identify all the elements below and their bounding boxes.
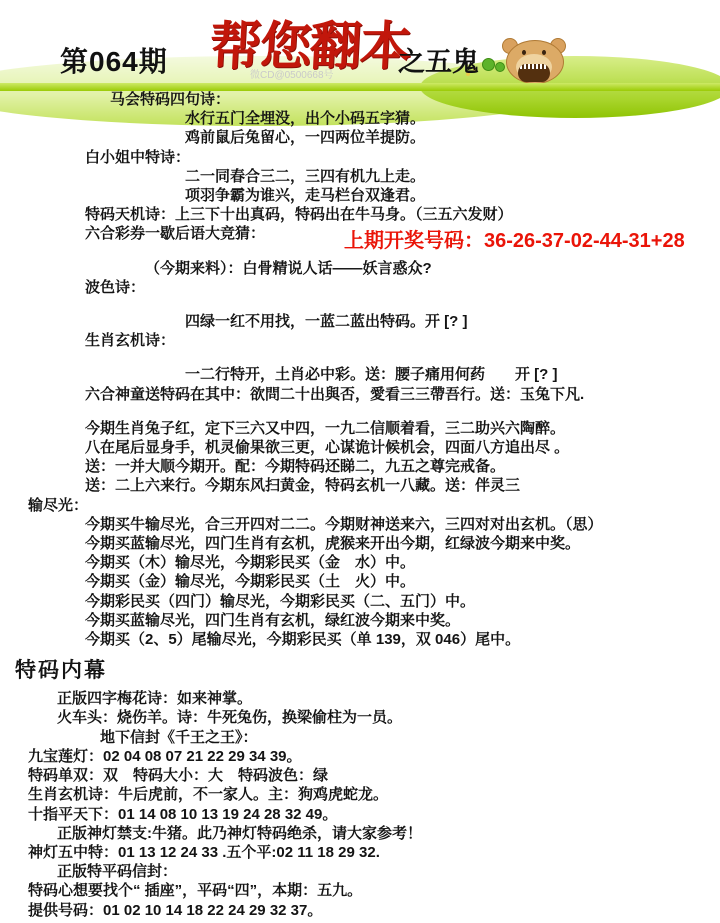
text-line: 生肖玄机诗：牛后虎前，不一家人。主：狗鸡虎蛇龙。: [15, 785, 715, 804]
text-line: 十指平天下：01 14 08 10 13 19 24 28 32 49。: [15, 805, 715, 824]
text-line: 送：一并大顺今期开。配：今期特码还睇二，九五之尊完戒备。: [15, 457, 715, 476]
page-subtitle: 之五鬼: [398, 40, 479, 79]
text-line: 马会特码四句诗：: [15, 90, 715, 109]
bear-eye: [542, 50, 546, 55]
text-line: 九宝莲灯：02 04 08 07 21 22 29 34 39。: [15, 747, 715, 766]
text-line: 正版神灯禁支:牛猪。此乃神灯特码绝杀，请大家参考！: [15, 824, 715, 843]
bear-eye: [522, 50, 526, 55]
text-line: 地下信封《千王之王》：: [15, 728, 715, 747]
blank-line: [15, 244, 715, 259]
text-line: 项羽争霸为谁兴，走马栏台双逢君。: [15, 186, 715, 205]
text-line: 今期买（木）输尽光，今期彩民买（金 水）中。: [15, 553, 715, 572]
text-line: 提供号码：01 02 10 14 18 22 24 29 32 37。: [15, 901, 715, 920]
text-line: 今期彩民买（四门）输尽光，今期彩民买（二、五门）中。: [15, 592, 715, 611]
bear-mouth: [518, 64, 550, 82]
blank-line: [15, 350, 715, 365]
text-line: 今期买（2、5）尾输尽光，今期彩民买（单 139，双 046）尾中。: [15, 630, 715, 649]
text-line: 水行五门全埋没，出个小码五字猜。: [15, 109, 715, 128]
blank-line: [15, 404, 715, 419]
text-line: 一二行特开，土肖必中彩。送：腰子痛用何药 开 [? ]: [15, 365, 715, 384]
bear-mascot-graphic: [500, 36, 570, 86]
text-line: 特码天机诗：上三下十出真码，特码出在牛马身。（三五六发财）: [15, 205, 715, 224]
text-line: 特码单双：双 特码大小：大 特码波色：绿: [15, 766, 715, 785]
tree-icon: [482, 58, 495, 71]
text-line: 今期生肖兔子红，定下三六又中四，一九二信顺着看，三二助兴六陶醉。: [15, 419, 715, 438]
watermark-text: 微CD@0500668号: [250, 66, 334, 81]
text-line: 送：二上六来行。今期东风扫黄金，特码玄机一八藏。送：伴灵三: [15, 476, 715, 495]
blank-line: [15, 297, 715, 312]
text-line: 神灯五中特：01 13 12 24 33 .五个平:02 11 18 29 32…: [15, 843, 715, 862]
text-line: 生肖玄机诗：: [15, 331, 715, 350]
tip-sheet-page: 第064期 帮您翻本 之五鬼 微CD@0500668号 上期开奖号码：36-26…: [0, 0, 720, 923]
text-line: 六合彩券一歇后语大竞猜：: [15, 224, 715, 243]
text-line: 正版四字梅花诗：如来神掌。: [15, 689, 715, 708]
text-line: 波色诗：: [15, 278, 715, 297]
page-header: 第064期 帮您翻本 之五鬼 微CD@0500668号: [0, 0, 720, 92]
text-line: 输尽光：: [15, 496, 715, 515]
text-line: 四绿一红不用找，一蓝二蓝出特码。开 [? ]: [15, 312, 715, 331]
section-header: 特码内幕: [15, 658, 715, 684]
text-line: 二一同春合三二，三四有机九上走。: [15, 167, 715, 186]
text-line: 火车头：烧伤羊。诗：牛死兔伤，换梁偷柱为一员。: [15, 708, 715, 727]
text-line: 今期买蓝输尽光，四门生肖有玄机，绿红波今期来中奖。: [15, 611, 715, 630]
bear-teeth: [520, 64, 548, 69]
text-line: 特码心想要找个“ 插座”，平码“四”，本期：五九。: [15, 881, 715, 900]
text-line: 正版特平码信封：: [15, 862, 715, 881]
text-line: 今期买（金）输尽光，今期彩民买（土 火）中。: [15, 572, 715, 591]
text-line: （今期来料）：白骨精说人话——妖言惑众?: [15, 259, 715, 278]
text-line: 今期买蓝输尽光，四门生肖有玄机，虎猴来开出今期，红绿波今期来中奖。: [15, 534, 715, 553]
text-line: 白小姐中特诗：: [15, 148, 715, 167]
text-line: 六合神童送特码在其中：欲問二十出與否，愛看三三帶吾行。送：玉兔下凡.: [15, 385, 715, 404]
text-line: 今期买牛输尽光，合三开四对二二。今期财神送来六，三四对对出玄机。（思）: [15, 515, 715, 534]
text-line: 鸡前鼠后兔留心，一四两位羊提防。: [15, 128, 715, 147]
text-line: 八在尾后显身手，机灵偷果欲三更，心谋诡计候机会，四面八方追出尽 。: [15, 438, 715, 457]
issue-number: 第064期: [60, 40, 168, 80]
content-lines: 马会特码四句诗：水行五门全埋没，出个小码五字猜。鸡前鼠后兔留心，一四两位羊提防。…: [15, 90, 715, 920]
